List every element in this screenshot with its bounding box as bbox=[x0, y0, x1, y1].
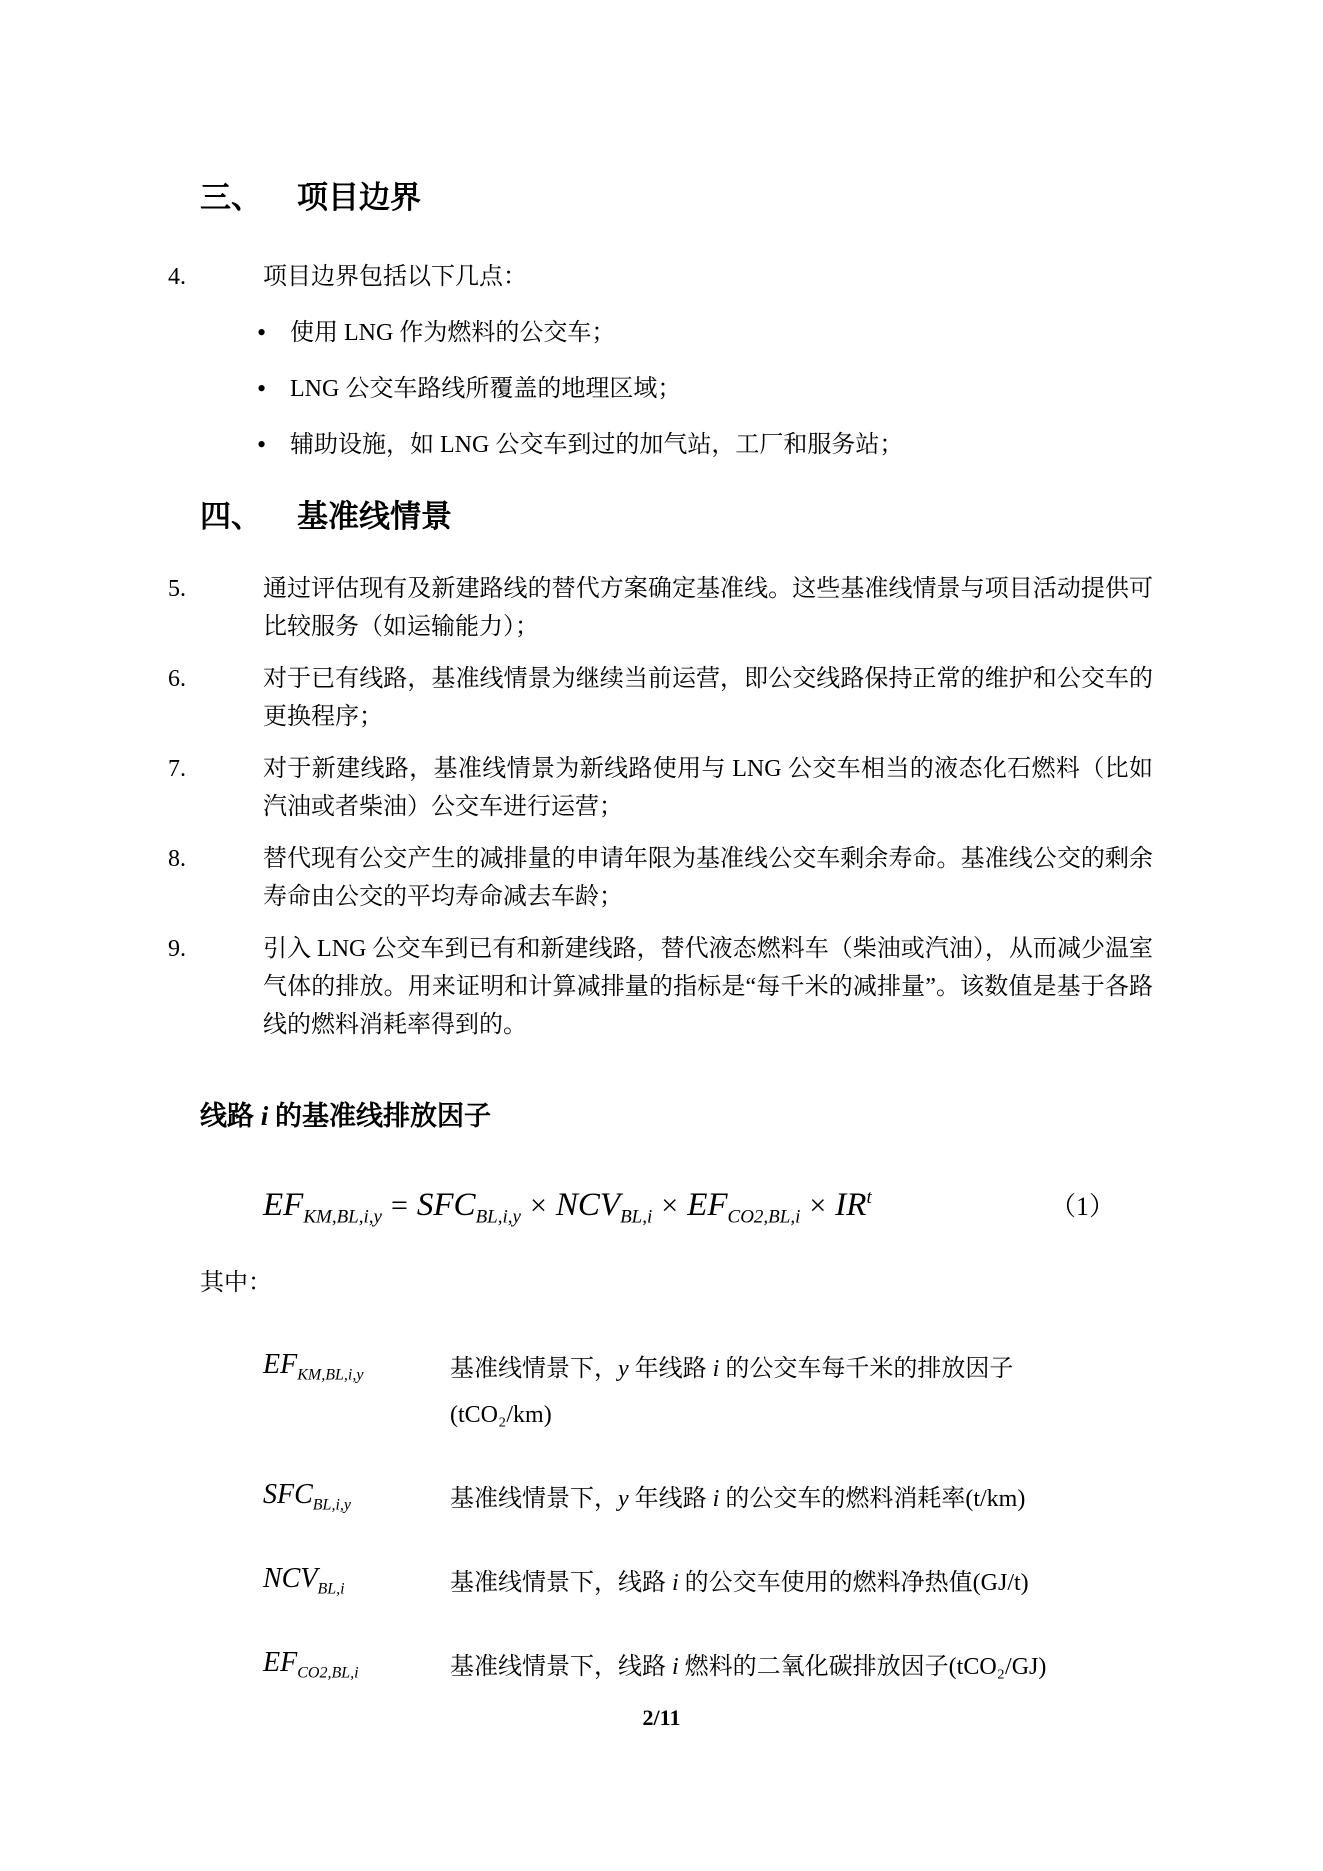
bullet-item-3: •辅助设施，如 LNG 公交车到过的加气站，工厂和服务站； bbox=[290, 426, 1153, 464]
definition-variable: i bbox=[672, 1570, 679, 1596]
definition-text: 燃料的二氧化碳排放因子(tCO₂/GJ) bbox=[679, 1654, 1047, 1680]
definition-text: 基准线情景下，线路 bbox=[450, 1654, 672, 1680]
section-title: 基准线情景 bbox=[297, 499, 452, 534]
baseline-emission-factor-formula: EFKM,BL,i,y=SFCBL,i,y×NCVBL,i×EFCO2,BL,i… bbox=[263, 1180, 872, 1231]
bullet-text: 辅助设施，如 LNG 公交车到过的加气站，工厂和服务站； bbox=[290, 432, 903, 458]
variable-symbol: SFCBL,i,y bbox=[263, 1476, 450, 1514]
where-label: 其中： bbox=[200, 1264, 1153, 1302]
item-text: 引入 LNG 公交车到已有和新建线路，替代液态燃料车（柴油或汽油），从而减少温室… bbox=[263, 936, 1153, 1038]
item-number: 4. bbox=[168, 258, 186, 296]
bullet-item-2: •LNG 公交车路线所覆盖的地理区域； bbox=[290, 370, 1153, 408]
item-number: 6. bbox=[168, 660, 186, 698]
definition-text: 的公交车的燃料消耗率(t/km) bbox=[719, 1486, 1025, 1512]
formula-term-base: EF bbox=[687, 1187, 727, 1223]
symbol-base: EF bbox=[263, 1647, 297, 1678]
formula-term-base: NCV bbox=[556, 1187, 620, 1223]
definition-text: 年线路 bbox=[629, 1486, 713, 1512]
formula-term-subscript: BL,i bbox=[620, 1207, 652, 1228]
list-item-5: 5.通过评估现有及新建路线的替代方案确定基准线。这些基准线情景与项目活动提供可比… bbox=[263, 570, 1153, 646]
formula-term-subscript: KM,BL,i,y bbox=[303, 1207, 382, 1228]
definition-unit: (tCO₂/km) bbox=[450, 1392, 1153, 1438]
bullet-icon: • bbox=[257, 426, 266, 464]
equation-number: （1） bbox=[1050, 1182, 1115, 1232]
formula-term-base: IR bbox=[835, 1187, 866, 1223]
bullet-text: 使用 LNG 作为燃料的公交车； bbox=[290, 320, 615, 346]
symbol-base: SFC bbox=[263, 1479, 313, 1510]
symbol-base: EF bbox=[263, 1349, 297, 1380]
equals-operator: = bbox=[382, 1189, 417, 1222]
item-text: 替代现有公交产生的减排量的申请年限为基准线公交车剩余寿命。基准线公交的剩余寿命由… bbox=[263, 846, 1153, 910]
definition-text: 基准线情景下， bbox=[450, 1486, 618, 1512]
definition-text: 的公交车每千米的排放因子 bbox=[719, 1356, 1013, 1382]
definition-text: 基准线情景下，线路 bbox=[450, 1570, 672, 1596]
definition-text: 基准线情景下， bbox=[450, 1356, 618, 1382]
section-heading-baseline-scenario: 四、基准线情景 bbox=[200, 495, 1153, 539]
definition-variable: y bbox=[618, 1356, 629, 1382]
formula-term-base: SFC bbox=[417, 1187, 476, 1223]
symbol-subscript: KM,BL,i,y bbox=[297, 1367, 363, 1384]
item-number: 5. bbox=[168, 570, 186, 608]
item-text: 项目边界包括以下几点： bbox=[263, 264, 527, 290]
page-number: 2/11 bbox=[0, 1705, 1323, 1731]
variable-definition: 基准线情景下，y 年线路 i 的公交车的燃料消耗率(t/km) bbox=[450, 1476, 1153, 1522]
formula-term-base: EF bbox=[263, 1187, 303, 1223]
section-title: 项目边界 bbox=[297, 180, 421, 215]
formula-term-subscript: BL,i,y bbox=[476, 1207, 521, 1228]
symbol-subscript: BL,i bbox=[317, 1581, 344, 1598]
variable-symbol: EFKM,BL,i,y bbox=[263, 1346, 450, 1384]
list-item-7: 7.对于新建线路，基准线情景为新线路使用与 LNG 公交车相当的液态化石燃料（比… bbox=[263, 750, 1153, 826]
section-number: 四、 bbox=[200, 495, 297, 539]
document-page: 三、项目边界 4.项目边界包括以下几点： •使用 LNG 作为燃料的公交车； •… bbox=[0, 0, 1323, 1871]
variable-row-ef-km: EFKM,BL,i,y 基准线情景下，y 年线路 i 的公交车每千米的排放因子(… bbox=[263, 1346, 1153, 1438]
subheading-text: 的基准线排放因子 bbox=[268, 1101, 491, 1131]
variable-definition: 基准线情景下，线路 i 的公交车使用的燃料净热值(GJ/t) bbox=[450, 1560, 1153, 1606]
variable-definition: 基准线情景下，线路 i 燃料的二氧化碳排放因子(tCO₂/GJ) bbox=[450, 1644, 1153, 1690]
item-number: 9. bbox=[168, 930, 186, 968]
definition-text: 年线路 bbox=[629, 1356, 713, 1382]
item-number: 7. bbox=[168, 750, 186, 788]
symbol-subscript: BL,i,y bbox=[313, 1497, 351, 1514]
symbol-base: NCV bbox=[263, 1563, 317, 1594]
definition-text: 的公交车使用的燃料净热值(GJ/t) bbox=[679, 1570, 1029, 1596]
variable-definition: 基准线情景下，y 年线路 i 的公交车每千米的排放因子(tCO₂/km) bbox=[450, 1346, 1153, 1438]
subheading-baseline-emission-factor: 线路 i 的基准线排放因子 bbox=[200, 1096, 1153, 1136]
formula-term-subscript: CO2,BL,i bbox=[728, 1207, 801, 1228]
formula-row: EFKM,BL,i,y=SFCBL,i,y×NCVBL,i×EFCO2,BL,i… bbox=[263, 1180, 1115, 1232]
symbol-subscript: CO2,BL,i bbox=[297, 1665, 358, 1682]
definition-variable: y bbox=[618, 1486, 629, 1512]
variable-symbol: EFCO2,BL,i bbox=[263, 1644, 450, 1682]
variable-symbol: NCVBL,i bbox=[263, 1560, 450, 1598]
bullet-text: LNG 公交车路线所覆盖的地理区域； bbox=[290, 376, 681, 402]
item-text: 对于已有线路，基准线情景为继续当前运营，即公交线路保持正常的维护和公交车的更换程… bbox=[263, 666, 1153, 730]
formula-term-superscript: t bbox=[866, 1187, 871, 1208]
section-number: 三、 bbox=[200, 176, 297, 220]
multiply-operator: × bbox=[800, 1189, 835, 1222]
bullet-icon: • bbox=[257, 314, 266, 352]
variable-row-ncv: NCVBL,i 基准线情景下，线路 i 的公交车使用的燃料净热值(GJ/t) bbox=[263, 1560, 1153, 1606]
multiply-operator: × bbox=[521, 1189, 556, 1222]
list-item-4: 4.项目边界包括以下几点： bbox=[263, 258, 1153, 296]
bullet-item-1: •使用 LNG 作为燃料的公交车； bbox=[290, 314, 1153, 352]
item-number: 8. bbox=[168, 840, 186, 878]
list-item-9: 9.引入 LNG 公交车到已有和新建线路，替代液态燃料车（柴油或汽油），从而减少… bbox=[263, 930, 1153, 1044]
list-item-6: 6.对于已有线路，基准线情景为继续当前运营，即公交线路保持正常的维护和公交车的更… bbox=[263, 660, 1153, 736]
variable-row-ef-co2: EFCO2,BL,i 基准线情景下，线路 i 燃料的二氧化碳排放因子(tCO₂/… bbox=[263, 1644, 1153, 1690]
list-item-8: 8.替代现有公交产生的减排量的申请年限为基准线公交车剩余寿命。基准线公交的剩余寿… bbox=[263, 840, 1153, 916]
bullet-icon: • bbox=[257, 370, 266, 408]
item-text: 通过评估现有及新建路线的替代方案确定基准线。这些基准线情景与项目活动提供可比较服… bbox=[263, 576, 1153, 640]
section-heading-project-boundary: 三、项目边界 bbox=[200, 176, 1153, 220]
subheading-text: 线路 bbox=[200, 1101, 261, 1131]
item-text: 对于新建线路，基准线情景为新线路使用与 LNG 公交车相当的液态化石燃料（比如汽… bbox=[263, 756, 1153, 820]
multiply-operator: × bbox=[652, 1189, 687, 1222]
variable-row-sfc: SFCBL,i,y 基准线情景下，y 年线路 i 的公交车的燃料消耗率(t/km… bbox=[263, 1476, 1153, 1522]
definition-variable: i bbox=[672, 1654, 679, 1680]
